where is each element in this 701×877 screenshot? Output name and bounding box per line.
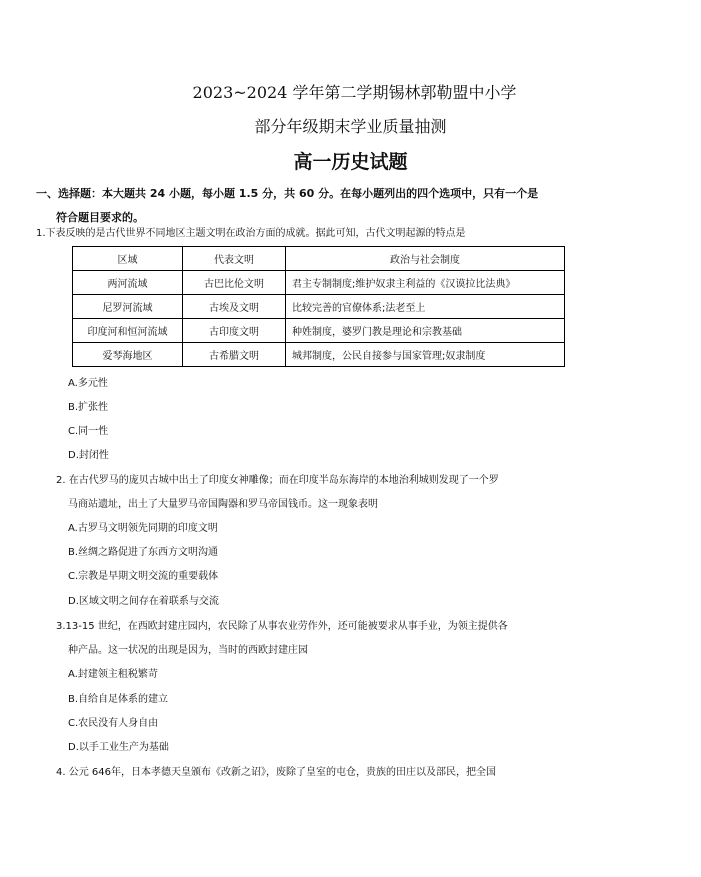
question-3-stem-line1: 3.13-15 世纪，在西欧封建庄园内，农民除了从事农业劳作外，还可能被要求从事… (56, 619, 508, 635)
table-header-cell: 代表文明 (183, 247, 286, 271)
table-cell: 君主专制制度;维护奴隶主利益的《汉谟拉比法典》 (286, 271, 565, 295)
question-1-option-d: D.封闭性 (68, 448, 109, 464)
section-instructions: 一、选择题：本大题共 24 小题，每小题 1.5 分，共 60 分。在每小题列出… (36, 182, 576, 230)
table-row: 印度河和恒河流域 古印度文明 种姓制度，婆罗门教是理论和宗教基础 (73, 319, 565, 343)
question-1-option-a: A.多元性 (68, 376, 108, 392)
table-cell: 古希腊文明 (183, 343, 286, 367)
question-4-stem-line1: 4. 公元 646年，日本孝德天皇颁布《改新之诏》，废除了皇室的屯仓，贵族的田庄… (56, 765, 496, 781)
question-1-option-c: C.同一性 (68, 424, 108, 440)
exam-header-line1: 2023~2024 学年第二学期锡林郭勒盟中小学 (0, 80, 701, 103)
question-2-option-c: C.宗教是早期文明交流的重要载体 (68, 569, 218, 585)
table-cell: 印度河和恒河流域 (73, 319, 183, 343)
question-3-option-a: A.封建领主租税繁苛 (68, 667, 158, 683)
table-cell: 比较完善的官僚体系;法老至上 (286, 295, 565, 319)
table-cell: 尼罗河流域 (73, 295, 183, 319)
table-row: 尼罗河流域 古埃及文明 比较完善的官僚体系;法老至上 (73, 295, 565, 319)
table-header-cell: 政治与社会制度 (286, 247, 565, 271)
table-cell: 种姓制度，婆罗门教是理论和宗教基础 (286, 319, 565, 343)
table-row: 爱琴海地区 古希腊文明 城邦制度，公民自接参与国家管理;奴隶制度 (73, 343, 565, 367)
question-2-option-d: D.区域文明之间存在着联系与交流 (68, 594, 219, 610)
table-cell: 古埃及文明 (183, 295, 286, 319)
section-instructions-line1: 一、选择题：本大题共 24 小题，每小题 1.5 分，共 60 分。在每小题列出… (36, 182, 576, 206)
table-cell: 城邦制度，公民自接参与国家管理;奴隶制度 (286, 343, 565, 367)
exam-header-line2: 部分年级期末学业质量抽测 (0, 114, 701, 137)
table-cell: 爱琴海地区 (73, 343, 183, 367)
question-3-stem-line2: 种产品。这一状况的出现是因为，当时的西欧封建庄园 (68, 643, 308, 659)
question-2-option-b: B.丝绸之路促进了东西方文明沟通 (68, 545, 218, 561)
question-1-stem: 1.下表反映的是古代世界不同地区主题文明在政治方面的成就。据此可知，古代文明起源… (36, 226, 466, 242)
question-1-option-b: B.扩张性 (68, 400, 108, 416)
question-3-option-d: D.以手工业生产为基础 (68, 740, 169, 756)
table-header-row: 区域 代表文明 政治与社会制度 (73, 247, 565, 271)
question-2-stem-line1: 2. 在古代罗马的庞贝古城中出土了印度女神雕像；而在印度半岛东海岸的本地治利城则… (56, 473, 499, 489)
question-3-option-b: B.自给自足体系的建立 (68, 692, 168, 708)
table-cell: 古巴比伦文明 (183, 271, 286, 295)
question-2-stem-line2: 马商站遗址，出土了大量罗马帝国陶器和罗马帝国钱币。这一现象表明 (68, 497, 378, 513)
civilization-table: 区域 代表文明 政治与社会制度 两河流域 古巴比伦文明 君主专制制度;维护奴隶主… (72, 246, 565, 367)
table-header-cell: 区域 (73, 247, 183, 271)
question-2-option-a: A.古罗马文明领先同期的印度文明 (68, 521, 218, 537)
question-3-option-c: C.农民没有人身自由 (68, 716, 158, 732)
table-cell: 两河流域 (73, 271, 183, 295)
exam-title: 高一历史试题 (0, 147, 701, 174)
table-row: 两河流域 古巴比伦文明 君主专制制度;维护奴隶主利益的《汉谟拉比法典》 (73, 271, 565, 295)
table-cell: 古印度文明 (183, 319, 286, 343)
